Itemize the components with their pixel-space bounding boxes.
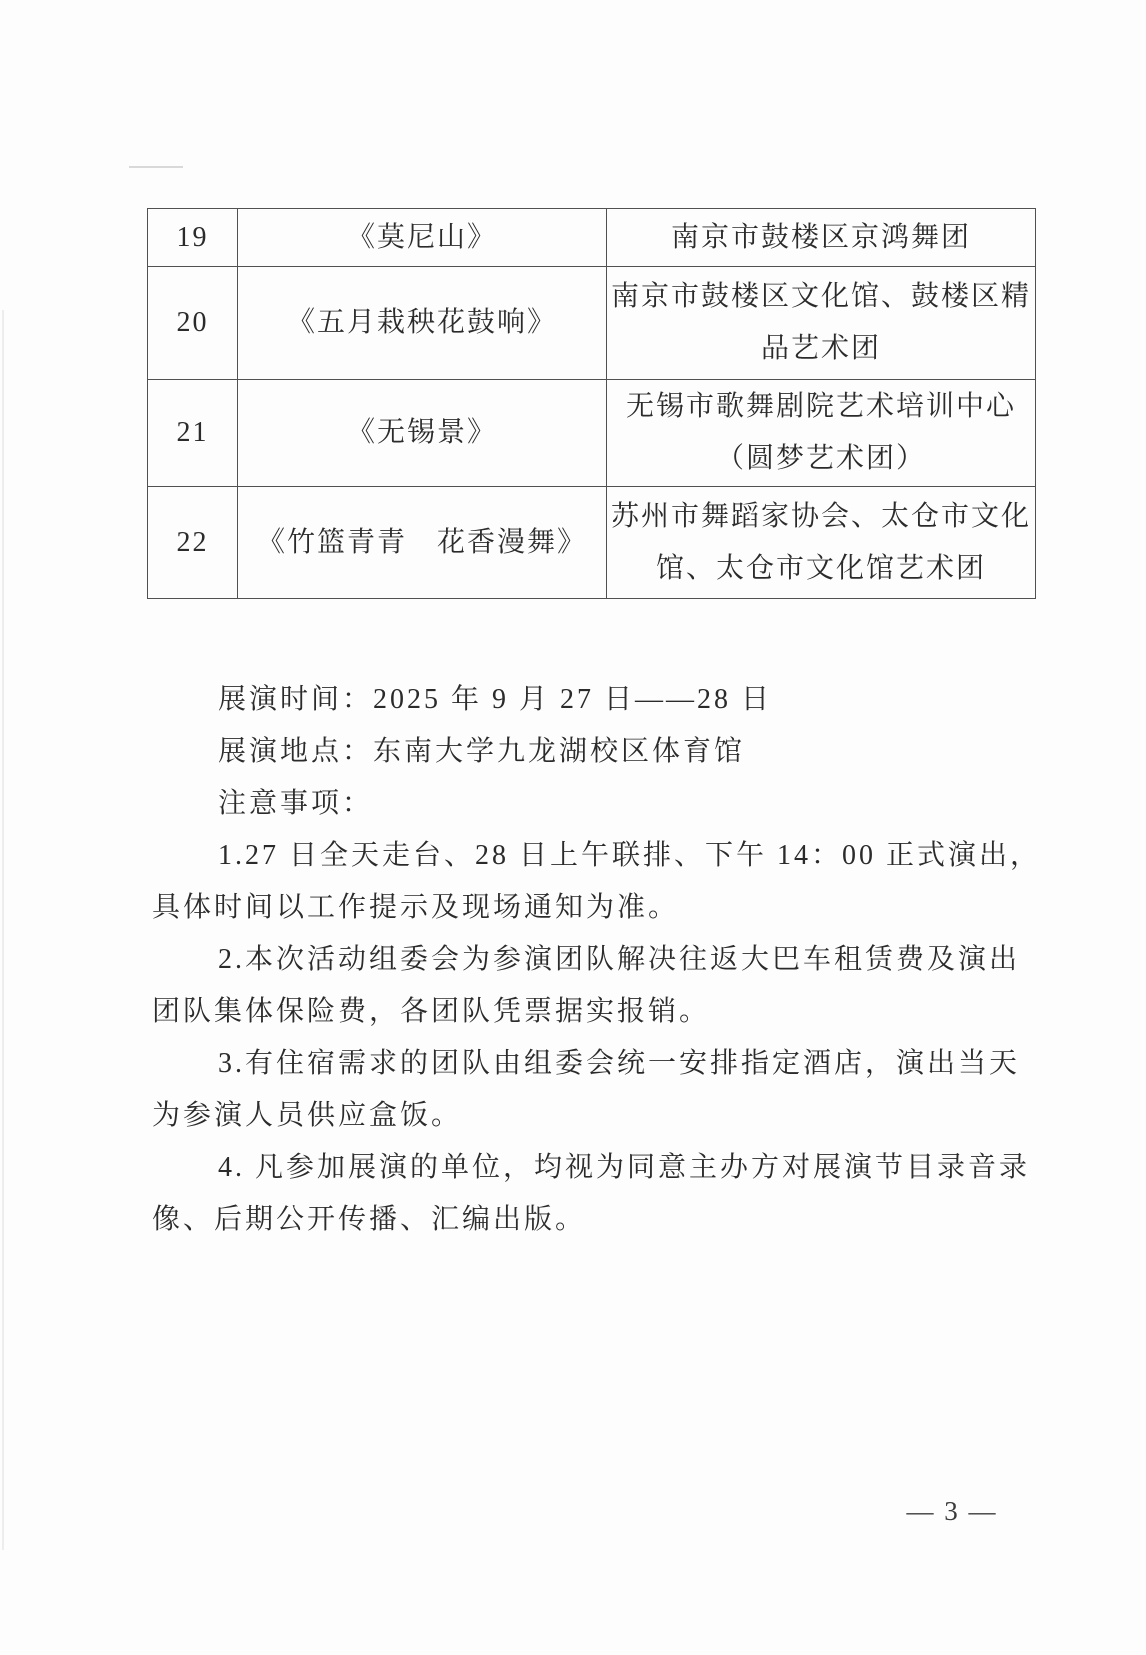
line-note1-b: 具体时间以工作提示及现场通知为准。: [152, 882, 1000, 934]
line-notes-heading: 注意事项：: [152, 778, 1000, 830]
cell-number: 22: [148, 487, 238, 599]
program-table: 19 《莫尼山》 南京市鼓楼区京鸿舞团 20 《五月栽秧花鼓响》 南京市鼓楼区文…: [147, 208, 1036, 599]
line-note2-b: 团队集体保险费，各团队凭票据实报销。: [152, 986, 1000, 1038]
cell-title: 《竹篮青青 花香漫舞》: [238, 487, 607, 599]
page-number: — 3 —: [872, 1496, 1032, 1526]
line-note2-a: 2.本次活动组委会为参演团队解决往返大巴车租赁费及演出: [152, 934, 1000, 986]
line-show-place: 展演地点：东南大学九龙湖校区体育馆: [152, 726, 1000, 778]
cell-number: 21: [148, 380, 238, 487]
line-note3-b: 为参演人员供应盒饭。: [152, 1090, 1000, 1142]
cell-number: 20: [148, 267, 238, 380]
cell-number: 19: [148, 209, 238, 267]
document-page: 19 《莫尼山》 南京市鼓楼区京鸿舞团 20 《五月栽秧花鼓响》 南京市鼓楼区文…: [0, 0, 1146, 1655]
cell-organization: 南京市鼓楼区文化馆、鼓楼区精 品艺术团: [607, 267, 1036, 380]
cell-organization: 南京市鼓楼区京鸿舞团: [607, 209, 1036, 267]
cell-title: 《五月栽秧花鼓响》: [238, 267, 607, 380]
table-row: 19 《莫尼山》 南京市鼓楼区京鸿舞团: [148, 209, 1036, 267]
scan-artifact-line: [129, 166, 183, 168]
line-note3-a: 3.有住宿需求的团队由组委会统一安排指定酒店，演出当天: [152, 1038, 1000, 1090]
line-note4-a: 4. 凡参加展演的单位，均视为同意主办方对展演节目录音录: [152, 1142, 1000, 1194]
line-note1-a: 1.27 日全天走台、28 日上午联排、下午 14：00 正式演出，: [152, 830, 1000, 882]
page-left-edge-shadow: [2, 310, 4, 1550]
body-text: 展演时间：2025 年 9 月 27 日——28 日 展演地点：东南大学九龙湖校…: [152, 674, 1000, 1246]
table-row: 22 《竹篮青青 花香漫舞》 苏州市舞蹈家协会、太仓市文化 馆、太仓市文化馆艺术…: [148, 487, 1036, 599]
cell-title: 《无锡景》: [238, 380, 607, 487]
table-row: 21 《无锡景》 无锡市歌舞剧院艺术培训中心 （圆梦艺术团）: [148, 380, 1036, 487]
cell-organization: 无锡市歌舞剧院艺术培训中心 （圆梦艺术团）: [607, 380, 1036, 487]
cell-title: 《莫尼山》: [238, 209, 607, 267]
line-show-time: 展演时间：2025 年 9 月 27 日——28 日: [152, 674, 1000, 726]
cell-organization: 苏州市舞蹈家协会、太仓市文化 馆、太仓市文化馆艺术团: [607, 487, 1036, 599]
line-note4-b: 像、后期公开传播、汇编出版。: [152, 1194, 1000, 1246]
table-row: 20 《五月栽秧花鼓响》 南京市鼓楼区文化馆、鼓楼区精 品艺术团: [148, 267, 1036, 380]
